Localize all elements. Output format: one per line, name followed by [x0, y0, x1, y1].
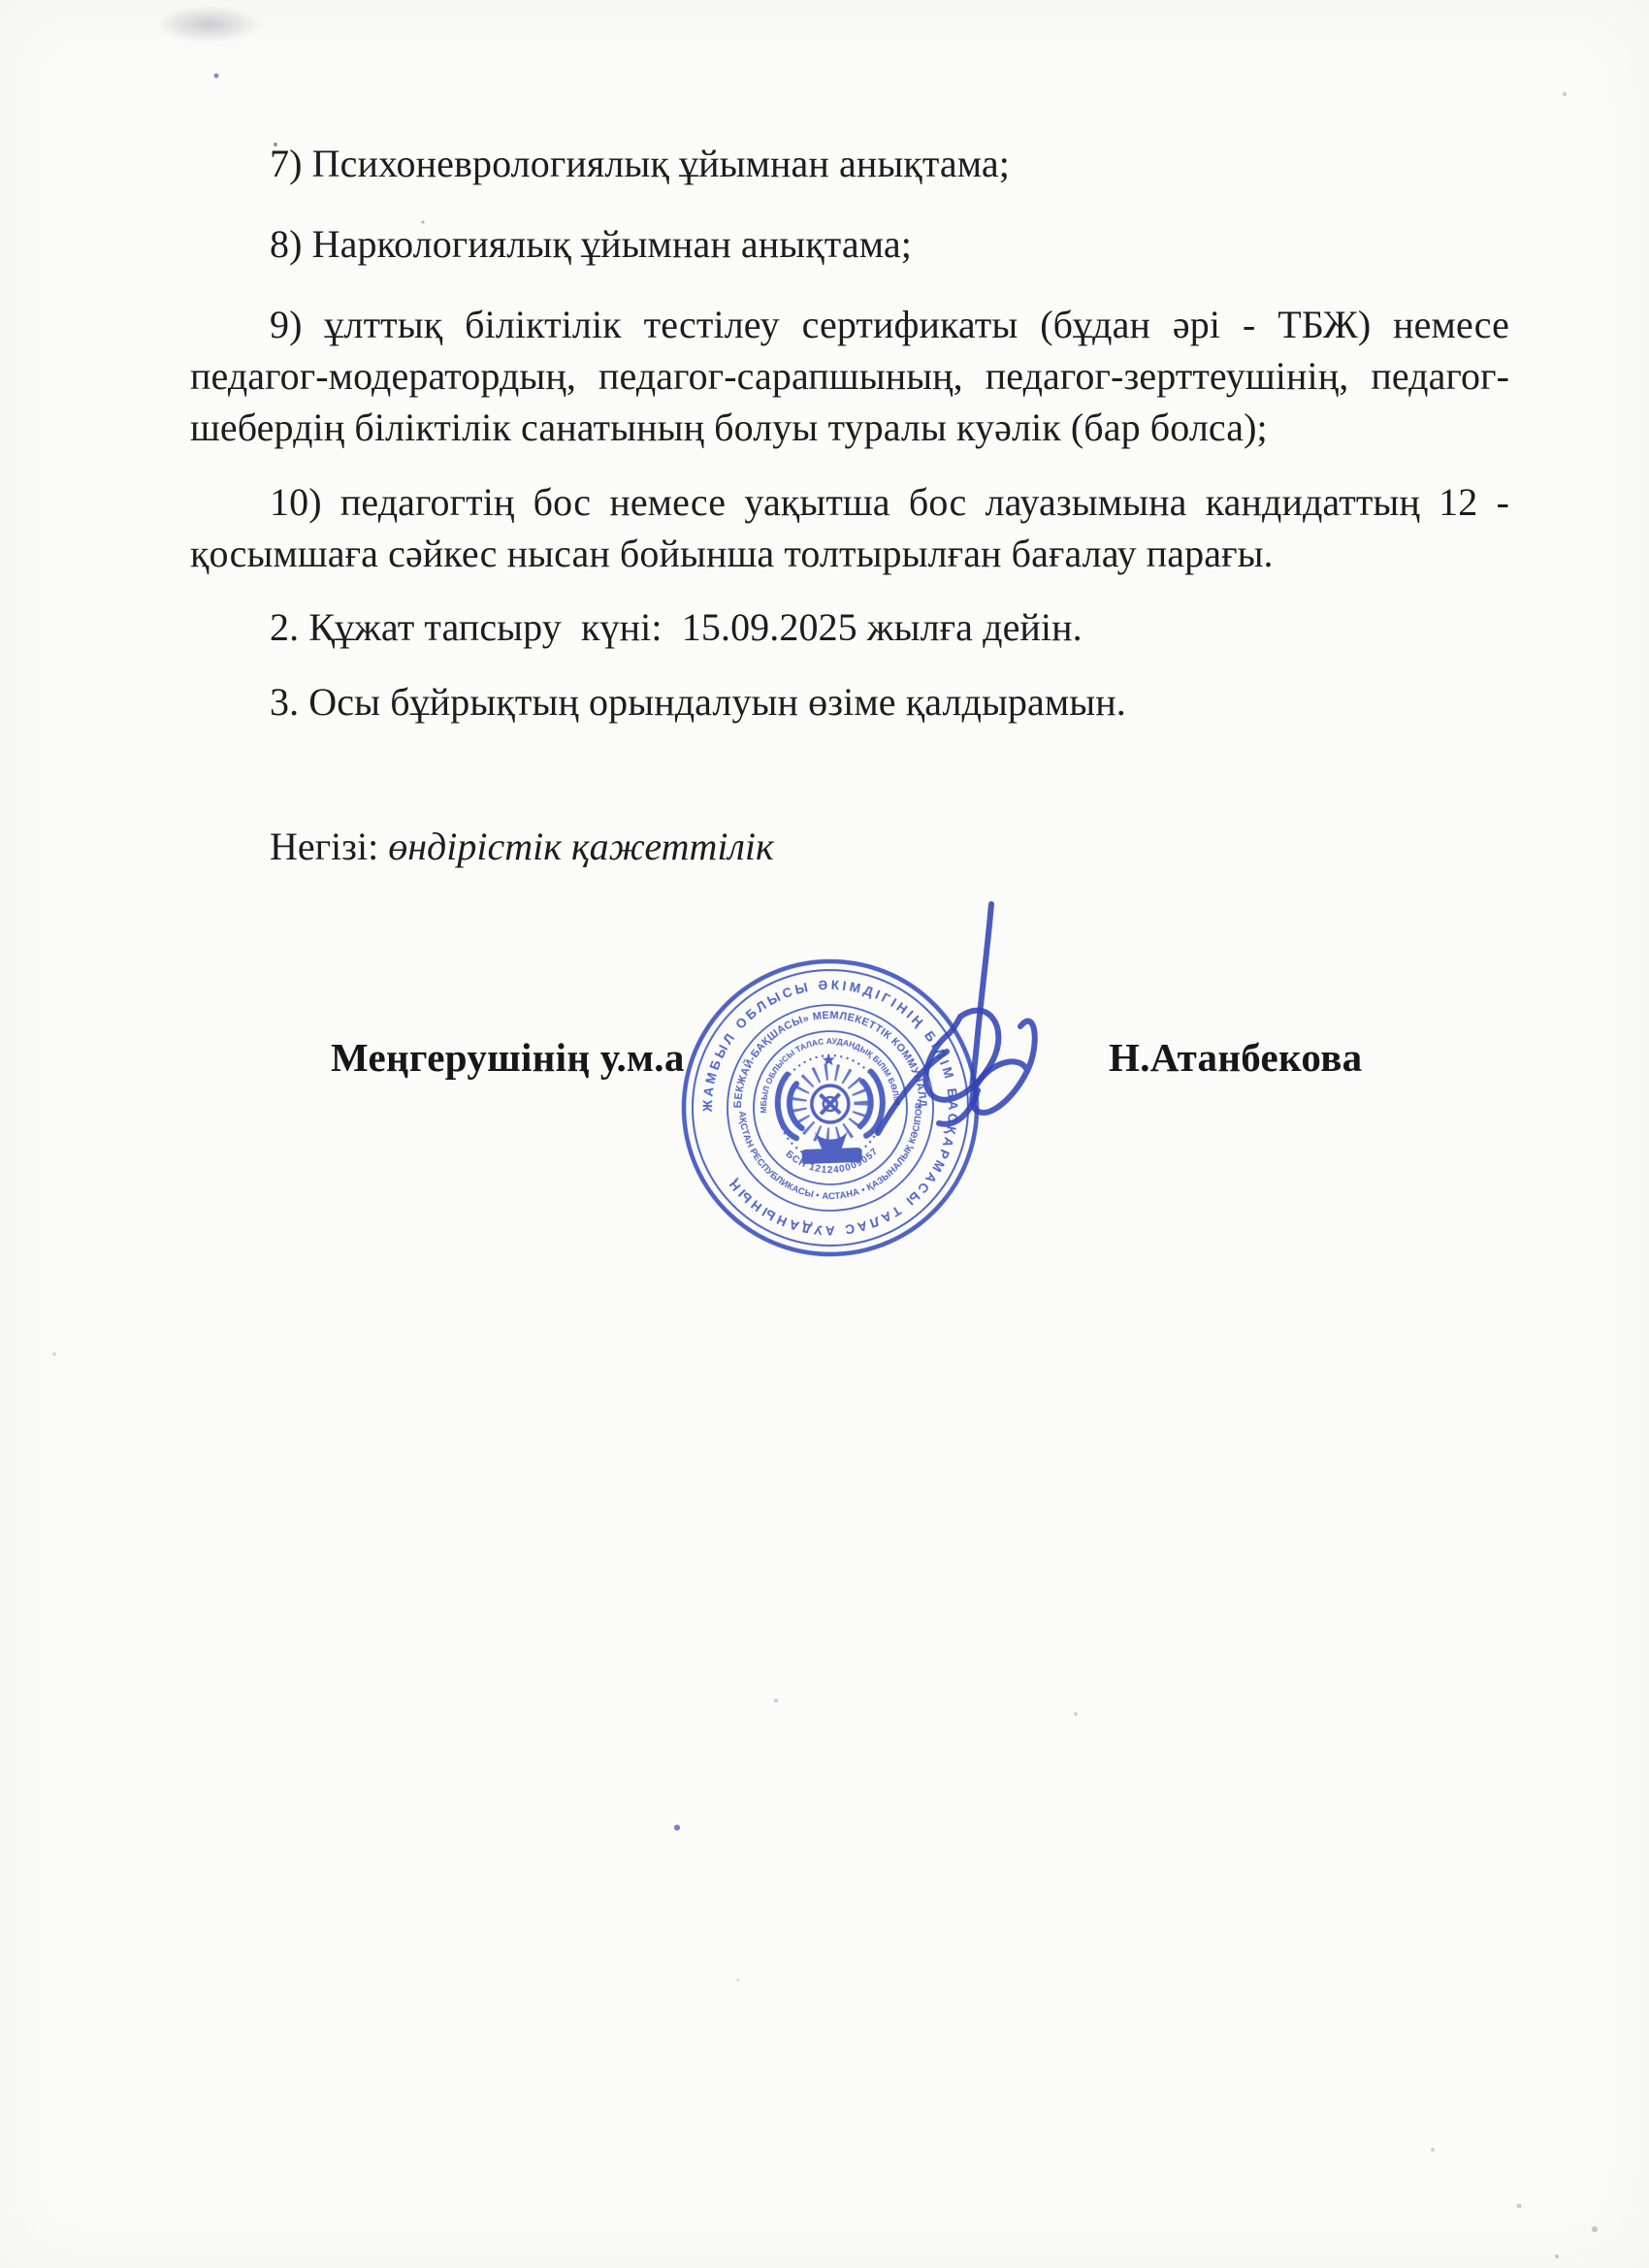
basis-line: Негізі: өндірістік қажеттілік [190, 824, 774, 869]
basis-value: өндірістік қажеттілік [388, 825, 774, 868]
signature-position-title: Меңгерушінің у.м.а [331, 1034, 685, 1081]
state-emblem-icon: QAZAQSTAN [776, 1052, 885, 1165]
signer-name: Н.Атанбекова [1109, 1034, 1362, 1081]
emblem-star-icon [823, 1053, 835, 1066]
paragraph-line: педагог-модератордың, педагог-сарапшының… [190, 350, 1509, 402]
paragraph-line: 10) педагогтің бос немесе уақытша бос ла… [190, 476, 1509, 528]
paragraph-line: 9) ұлттық біліктілік тестілеу сертификат… [190, 299, 1509, 350]
paragraph-item-8: 8) Наркологиялық ұйымнан анықтама; [190, 218, 1509, 270]
paragraph-item-7: 7) Психоневрологиялық ұйымнан анықтама; [190, 138, 1509, 189]
official-stamp: ЖАМБЫЛ ОБЛЫСЫ ӘКІМДІГІНІҢ БІЛІМ БАСҚАРМА… [674, 952, 987, 1265]
paragraph-line: қосымшаға сәйкес нысан бойынша толтырылғ… [190, 528, 1509, 579]
paragraph-item-9: 9) ұлттық біліктілік тестілеу сертификат… [190, 299, 1509, 453]
paragraph-point-2: 2. Құжат тапсыру күні: 15.09.2025 жылға … [190, 601, 1509, 653]
scanned-document-page: 7) Психоневрологиялық ұйымнан анықтама; … [0, 0, 1649, 2268]
paragraph-line: 7) Психоневрологиялық ұйымнан анықтама; [190, 138, 1509, 189]
basis-label: Негізі: [190, 825, 378, 868]
paragraph-line: 3. Осы бұйрықтың орындалуын өзіме қалдыр… [190, 676, 1509, 728]
paragraph-line: 8) Наркологиялық ұйымнан анықтама; [190, 218, 1509, 270]
emblem-wing-left [777, 1074, 802, 1139]
scan-smudge [155, 6, 262, 43]
paragraph-item-10: 10) педагогтің бос немесе уақытша бос ла… [190, 476, 1509, 579]
paragraph-line: 2. Құжат тапсыру күні: 15.09.2025 жылға … [190, 601, 1509, 653]
scan-specks [0, 0, 2, 2]
emblem-banner-text: QAZAQSTAN [803, 1150, 860, 1162]
paragraph-point-3: 3. Осы бұйрықтың орындалуын өзіме қалдыр… [190, 676, 1509, 728]
paragraph-line: шебердің біліктілік санатының болуы тура… [190, 402, 1509, 453]
